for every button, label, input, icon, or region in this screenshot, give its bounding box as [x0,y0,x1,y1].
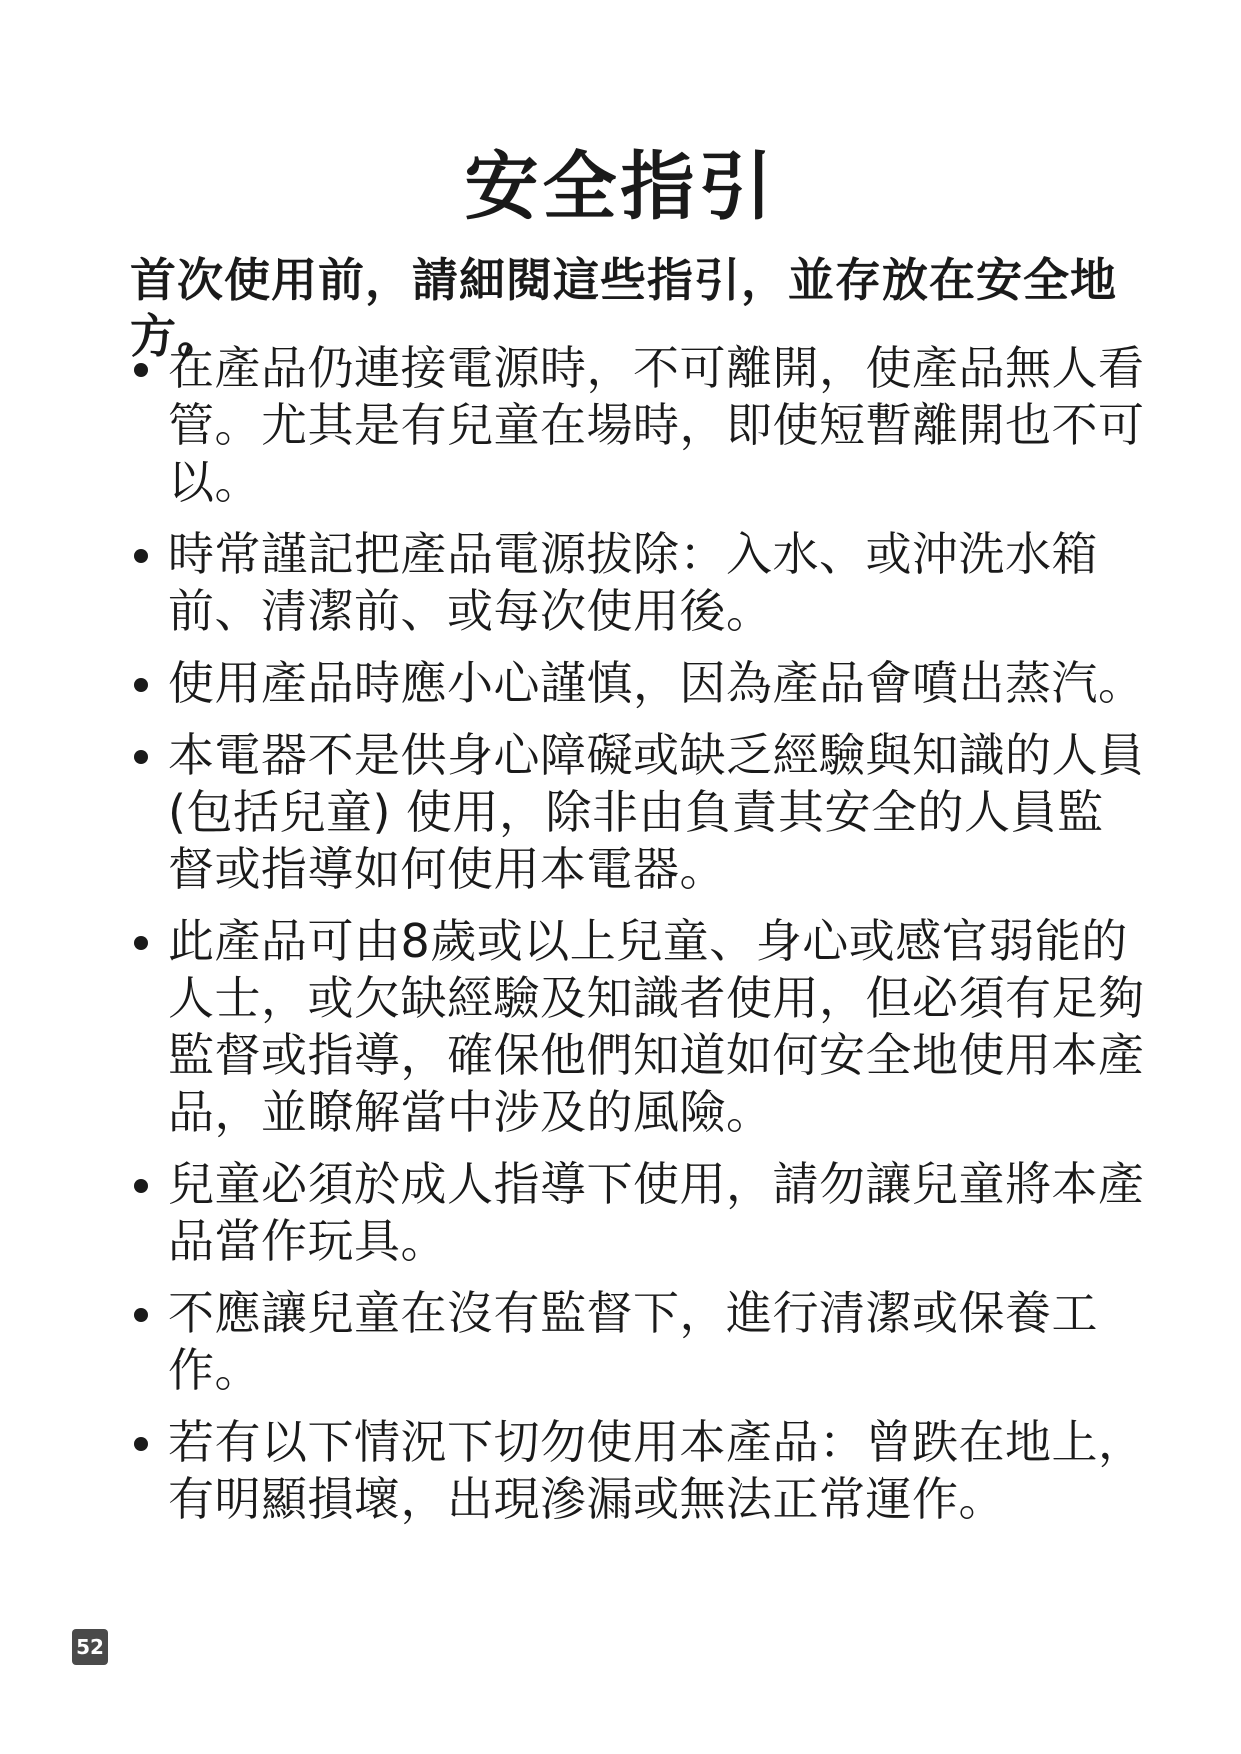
list-item-text: 兒童必須於成人指導下使用，請勿讓兒童將本產品當作玩具。 [168,1156,1148,1270]
list-item: 若有以下情況下切勿使用本產品：曾跌在地上，有明顯損壞，出現滲漏或無法正常運作。 [130,1414,1140,1528]
list-item: 在產品仍連接電源時，不可離開，使產品無人看管。尤其是有兒童在場時，即使短暫離開也… [130,340,1140,511]
list-item: 兒童必須於成人指導下使用，請勿讓兒童將本產品當作玩具。 [130,1156,1140,1270]
bullet-icon [134,363,148,377]
list-item-text: 在產品仍連接電源時，不可離開，使產品無人看管。尤其是有兒童在場時，即使短暫離開也… [168,340,1148,511]
page-number-badge: 52 [72,1629,108,1665]
list-item: 使用產品時應小心謹慎，因為產品會噴出蒸汽。 [130,655,1140,712]
safety-instructions-list: 在產品仍連接電源時，不可離開，使產品無人看管。尤其是有兒童在場時，即使短暫離開也… [130,340,1140,1543]
list-item-text: 不應讓兒童在沒有監督下，進行清潔或保養工作。 [168,1285,1148,1399]
list-item: 時常謹記把產品電源拔除：入水、或沖洗水箱前、清潔前、或每次使用後。 [130,526,1140,640]
bullet-icon [134,1308,148,1322]
bullet-icon [134,1437,148,1451]
list-item: 此產品可由8歲或以上兒童、身心或感官弱能的人士，或欠缺經驗及知識者使用，但必須有… [130,913,1140,1141]
list-item: 不應讓兒童在沒有監督下，進行清潔或保養工作。 [130,1285,1140,1399]
list-item-text: 本電器不是供身心障礙或缺乏經驗與知識的人員 (包括兒童) 使用，除非由負責其安全… [168,727,1148,898]
list-item-text: 若有以下情況下切勿使用本產品：曾跌在地上，有明顯損壞，出現滲漏或無法正常運作。 [168,1414,1148,1528]
page-title: 安全指引 [0,150,1241,224]
bullet-icon [134,549,148,563]
list-item-text: 時常謹記把產品電源拔除：入水、或沖洗水箱前、清潔前、或每次使用後。 [168,526,1148,640]
list-item: 本電器不是供身心障礙或缺乏經驗與知識的人員 (包括兒童) 使用，除非由負責其安全… [130,727,1140,898]
bullet-icon [134,1179,148,1193]
list-item-text: 使用產品時應小心謹慎，因為產品會噴出蒸汽。 [168,655,1148,712]
bullet-icon [134,750,148,764]
bullet-icon [134,678,148,692]
bullet-icon [134,936,148,950]
list-item-text: 此產品可由8歲或以上兒童、身心或感官弱能的人士，或欠缺經驗及知識者使用，但必須有… [168,913,1148,1141]
